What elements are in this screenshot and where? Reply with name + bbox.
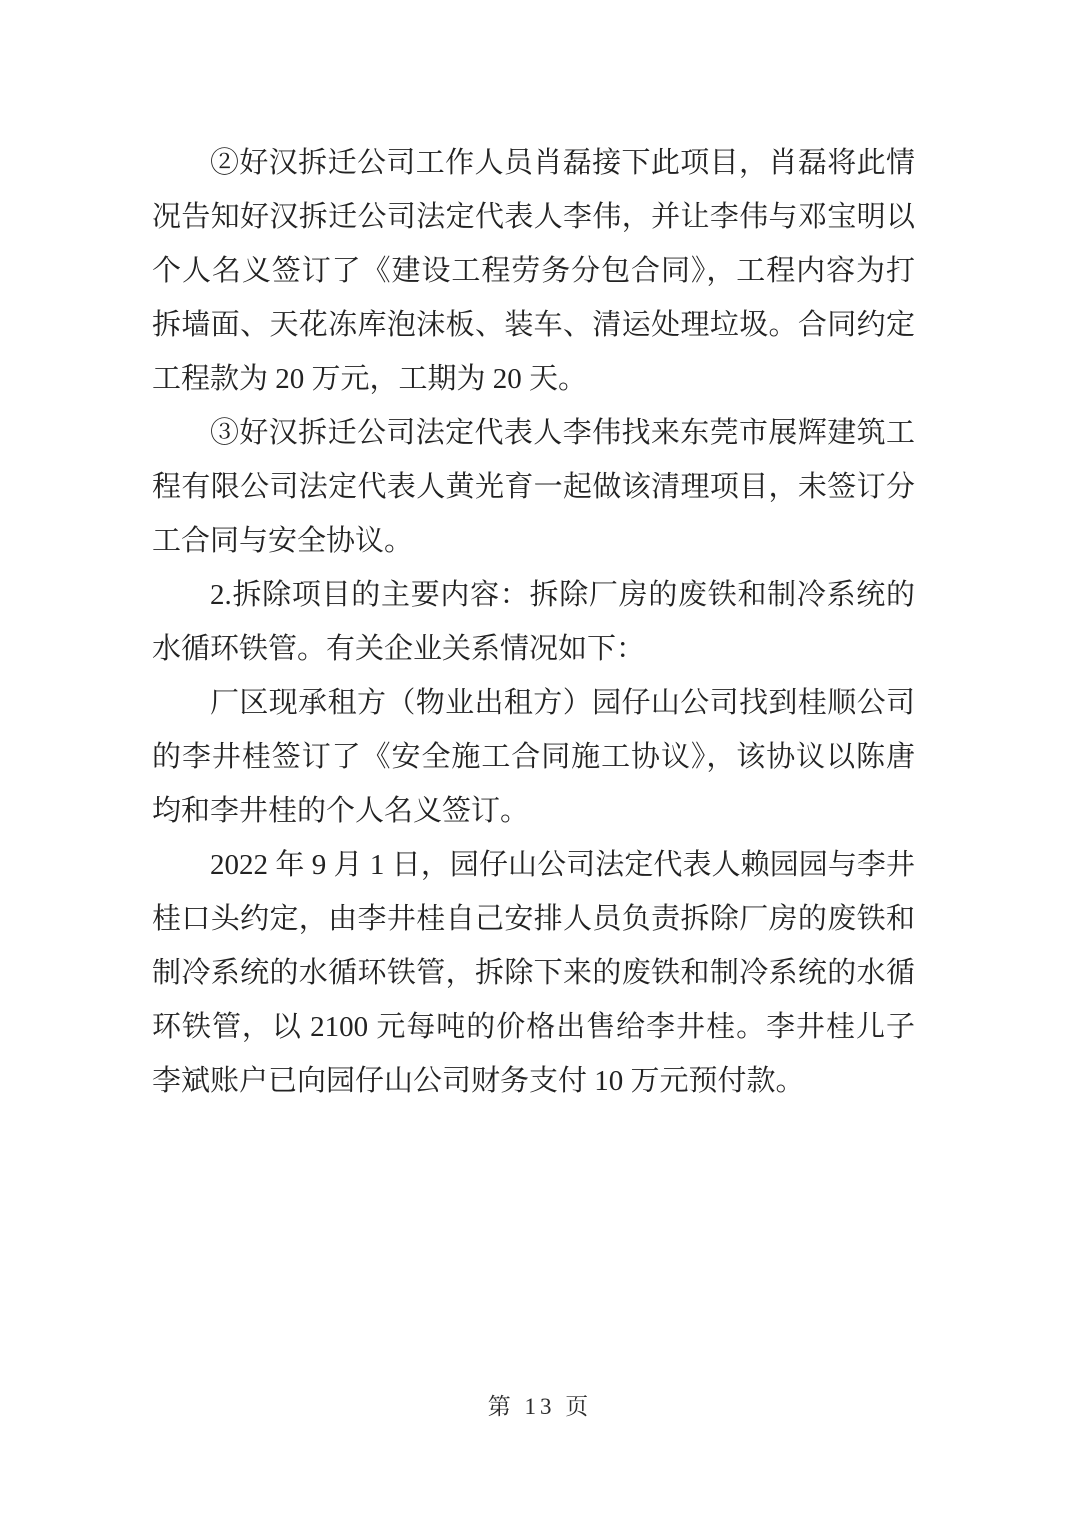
document-page: ②好汉拆迁公司工作人员肖磊接下此项目，肖磊将此情况告知好汉拆迁公司法定代表人李伟… (0, 0, 1080, 1528)
document-body: ②好汉拆迁公司工作人员肖磊接下此项目，肖磊将此情况告知好汉拆迁公司法定代表人李伟… (152, 136, 915, 1108)
paragraph-oral-agreement: 2022 年 9 月 1 日，园仔山公司法定代表人赖园园与李井桂口头约定，由李井… (152, 838, 915, 1108)
paragraph-item-2: ②好汉拆迁公司工作人员肖磊接下此项目，肖磊将此情况告知好汉拆迁公司法定代表人李伟… (152, 136, 915, 406)
page-footer: 第 13 页 (0, 1390, 1080, 1424)
paragraph-item-3: ③好汉拆迁公司法定代表人李伟找来东莞市展辉建筑工程有限公司法定代表人黄光育一起做… (152, 406, 915, 568)
paragraph-tenant-agreement: 厂区现承租方（物业出租方）园仔山公司找到桂顺公司的李井桂签订了《安全施工合同施工… (152, 676, 915, 838)
page-number-label: 第 13 页 (488, 1394, 593, 1419)
paragraph-section-2: 2.拆除项目的主要内容：拆除厂房的废铁和制冷系统的水循环铁管。有关企业关系情况如… (152, 568, 915, 676)
